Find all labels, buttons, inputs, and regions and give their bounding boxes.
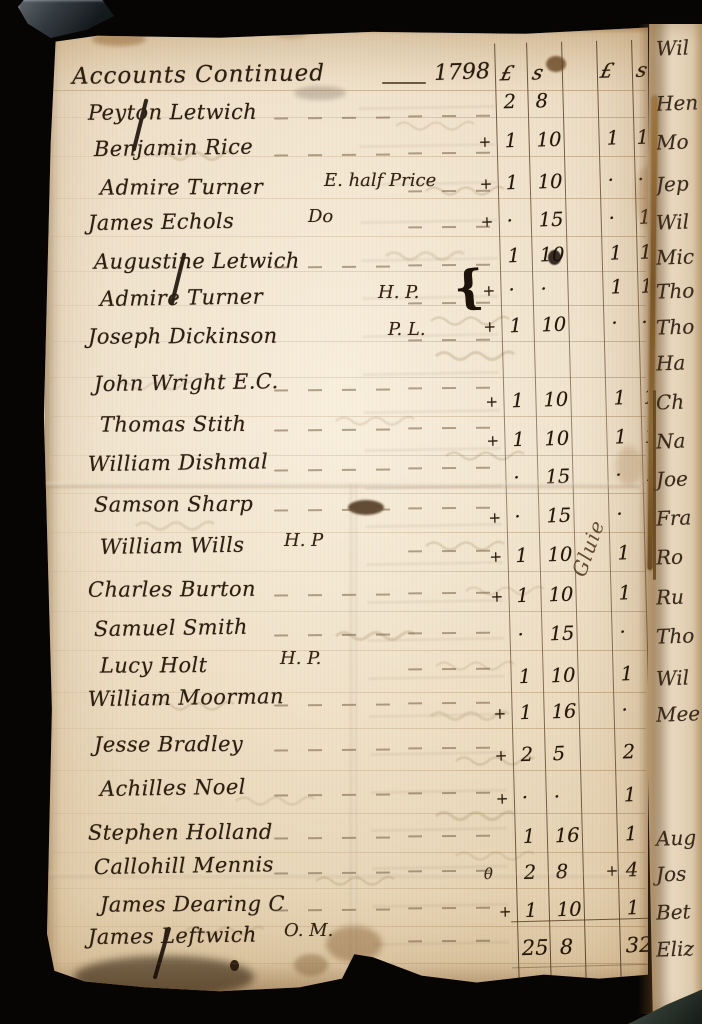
amount-pounds-1: ·: [513, 468, 520, 488]
amount-pounds-1: 1: [525, 901, 538, 921]
amount-shillings-1: 10: [543, 390, 568, 410]
dash-trail: [408, 702, 506, 705]
stain: [276, 28, 306, 38]
stain: [348, 500, 384, 515]
account-name: Thomas Stith: [100, 412, 246, 437]
account-name: Samson Sharp: [94, 492, 253, 517]
amount-pounds-1: 1: [512, 430, 525, 450]
amount-shillings-1: 10: [548, 585, 573, 605]
account-name: Callohill Mennis: [94, 852, 274, 879]
amount-shillings-1: 15: [546, 506, 571, 526]
amount-pounds-1: 1: [511, 391, 524, 411]
entry-mark: +: [606, 864, 619, 879]
account-name: James Echols: [88, 209, 235, 235]
next-page-name-fragment: Eliz: [656, 936, 695, 961]
dash-trail: [408, 747, 506, 750]
account-annotation: H. P.: [378, 282, 419, 303]
amount-shillings-1: 10: [539, 245, 564, 265]
amount-shillings-1: 16: [551, 702, 576, 722]
account-name: John Wright E.C.: [94, 369, 279, 396]
amount-shillings-1: ·: [554, 787, 561, 807]
next-page-name-fragment: Wil: [656, 665, 690, 690]
amount-pounds-2: ·: [607, 170, 614, 190]
dash-trail: [408, 940, 506, 943]
bleed-squiggle: [396, 122, 474, 130]
amount-shillings-1: 10: [550, 666, 575, 686]
dash-trail: [274, 265, 396, 268]
entry-mark: +: [488, 511, 501, 526]
amount-shillings-1: 10: [537, 172, 562, 192]
column-header: £: [498, 61, 516, 85]
amount-shillings-1: 5: [552, 744, 565, 764]
entry-mark: +: [478, 135, 491, 150]
amount-pounds-2: ·: [621, 700, 628, 720]
account-annotation: Do: [308, 206, 333, 227]
stain: [74, 956, 254, 998]
amount-pounds-2: 1: [617, 543, 630, 563]
next-page-name-fragment: Wil: [656, 35, 690, 60]
account-annotation: H. P.: [280, 648, 321, 669]
next-page-name-fragment: Ru: [656, 585, 685, 610]
amount-shillings-1: 10: [544, 429, 569, 449]
amount-pounds-1: 1: [515, 546, 528, 566]
bleed-squiggle: [136, 522, 214, 530]
next-page-name-fragment: Na: [656, 428, 686, 453]
dash-trail: [408, 835, 506, 838]
amount-shillings-1: 10: [536, 130, 561, 150]
stain: [230, 960, 239, 971]
amount-shillings-1: 15: [545, 467, 570, 487]
account-annotation: P. L.: [388, 319, 426, 340]
next-page-name-fragment: Mee: [656, 701, 701, 727]
dark-clip-object: [18, 0, 114, 38]
account-name: Peyton Letwich: [88, 100, 257, 125]
amount-pounds-1: 1: [509, 316, 522, 336]
amount-pounds-2: ·: [611, 313, 618, 333]
amount-pounds-2: 1: [620, 664, 633, 684]
dash-trail: [408, 668, 506, 671]
account-name: Lucy Holt: [100, 653, 208, 678]
dash-trail: [274, 508, 396, 511]
amount-pounds-1: ·: [506, 211, 513, 231]
amount-shillings-1: ·: [540, 279, 547, 299]
next-page-name-fragment: Ro: [656, 545, 684, 570]
account-annotation: O. M.: [284, 920, 333, 941]
amount-pounds-2: ·: [616, 504, 623, 524]
entry-mark: +: [483, 320, 496, 335]
amount-pounds-1: ·: [514, 507, 521, 527]
amount-pounds-2: ·: [619, 622, 626, 642]
dash-trail: [274, 836, 396, 839]
next-page-name-fragment: Tho: [656, 314, 695, 339]
vertical-crease: [350, 484, 357, 978]
amount-shillings-1: 8: [535, 91, 548, 111]
next-page-name-fragment: Jos: [656, 861, 687, 886]
amount-shillings-2: ·: [641, 313, 648, 333]
amount-pounds-2: 1: [614, 427, 627, 447]
bleed-squiggle: [316, 877, 394, 885]
bleed-squiggle: [236, 797, 314, 805]
page-title: Accounts Continued: [72, 60, 325, 90]
next-page-name-fragment: Mo: [656, 129, 689, 154]
stain: [92, 32, 146, 46]
account-annotation: H. P: [284, 530, 323, 551]
amount-shillings-1: 10: [541, 315, 566, 335]
amount-pounds-2: 1: [625, 824, 638, 844]
stain: [294, 954, 328, 976]
next-page-name-fragment: Bet: [656, 899, 691, 924]
entry-mark: +: [495, 748, 508, 763]
binding-thread: [653, 390, 656, 580]
amount-pounds-2: 2: [622, 742, 635, 762]
amount-pounds-2: 4: [626, 860, 639, 880]
stain: [326, 926, 382, 962]
amount-pounds-2: ·: [615, 465, 622, 485]
next-page-name-fragment: Fra: [656, 505, 692, 530]
entry-mark: +: [496, 791, 509, 806]
bleed-squiggle: [386, 252, 464, 260]
amount-pounds-1: 1: [518, 667, 531, 687]
column-header: s: [634, 57, 650, 81]
amount-pounds-1: 2: [520, 745, 533, 765]
next-page-name-fragment: Wil: [656, 209, 690, 234]
account-name: Jesse Bradley: [94, 732, 243, 757]
stain: [294, 86, 346, 100]
dash-trail: [408, 792, 506, 795]
dash-trail: [274, 908, 396, 911]
account-name: Stephen Holland: [88, 820, 273, 845]
next-page-name-fragment: Hen: [656, 90, 699, 115]
dash-trail: [274, 116, 396, 119]
next-page-name-fragment: Ha: [656, 350, 686, 375]
amount-pounds-2: ·: [608, 208, 615, 228]
account-name: Benjamin Rice: [94, 135, 254, 161]
ledger-page: Accounts Continued 1798 Gluie £s£s28+110…: [36, 26, 648, 1002]
account-name: William Moorman: [88, 684, 284, 711]
dash-trail: [274, 388, 396, 391]
amount-pounds-2: 1: [624, 785, 637, 805]
account-name: Augustine Letwich: [94, 249, 300, 274]
amount-pounds-1: 2: [524, 863, 537, 883]
dash-trail: [408, 907, 506, 910]
amount-pounds-1: 1: [523, 827, 536, 847]
dash-trail: [274, 703, 396, 706]
amount-shillings-1: 16: [555, 826, 580, 846]
amount-shillings-2: ·: [637, 170, 644, 190]
account-name: Charles Burton: [88, 577, 256, 602]
next-page-name-fragment: Tho: [656, 278, 695, 303]
total-pounds-1: 25: [522, 937, 549, 959]
dash-trail: [274, 428, 396, 431]
amount-shillings-1: 10: [557, 900, 582, 920]
dash-trail: [274, 871, 396, 874]
amount-shillings-1: 10: [547, 545, 572, 565]
amount-pounds-2: 1: [613, 388, 626, 408]
column-header: s: [530, 60, 546, 84]
amount-pounds-1: ·: [517, 625, 524, 645]
dash-trail: [274, 593, 396, 596]
amount-pounds-1: 2: [503, 92, 516, 112]
amount-pounds-1: 1: [505, 173, 518, 193]
amount-pounds-2: 1: [618, 583, 631, 603]
next-page-name-fragment: Mic: [656, 244, 695, 269]
dash-trail: [274, 633, 396, 636]
next-page-name-fragment: Aug: [656, 825, 697, 850]
amount-pounds-1: 1: [504, 131, 517, 151]
account-name: William Wills: [100, 533, 245, 559]
account-name: James Dearing C: [100, 892, 285, 917]
account-name: William Dishmal: [88, 449, 269, 476]
entry-mark: +: [485, 395, 498, 410]
amount-pounds-2: 1: [606, 128, 619, 148]
amount-pounds-1: 1: [516, 586, 529, 606]
account-name: James Leftwich: [88, 923, 257, 950]
total-pounds-2: 32: [625, 935, 652, 957]
amount-pounds-2: 1: [609, 243, 622, 263]
account-name: Admire Turner: [100, 284, 264, 311]
column-header: £: [598, 58, 616, 82]
amount-shillings-1: 8: [556, 862, 569, 882]
dash-trail: [274, 793, 396, 796]
dash-trail: [274, 153, 396, 156]
amount-pounds-2: 1: [610, 277, 623, 297]
entry-mark: +: [486, 434, 499, 449]
amount-pounds-2: 1: [627, 898, 640, 918]
amount-pounds-1: 1: [519, 703, 532, 723]
scanned-ledger-photo: { "page": { "title": "Accounts Continued…: [0, 0, 702, 1024]
account-name: Achilles Noel: [100, 775, 246, 801]
title-dash: [382, 82, 426, 84]
entry-mark: +: [493, 706, 506, 721]
amount-pounds-1: 1: [507, 246, 520, 266]
amount-shillings-1: 15: [549, 624, 574, 644]
brace-mark: {: [452, 259, 485, 315]
next-page-name-fragment: Jep: [656, 171, 689, 196]
total-shillings-1: 8: [560, 937, 574, 958]
amount-pounds-1: ·: [508, 280, 515, 300]
amount-shillings-1: 15: [538, 210, 563, 230]
next-page-name-fragment: Ch: [656, 390, 685, 415]
account-name: Joseph Dickinson: [88, 324, 278, 349]
dash-trail: [274, 748, 396, 751]
dash-trail: [274, 468, 396, 471]
next-page-name-fragment: Joe: [656, 466, 689, 491]
bleed-squiggle: [336, 417, 414, 425]
account-name: Admire Turner: [100, 175, 263, 200]
account-name: Samuel Smith: [94, 615, 248, 641]
account-annotation: E. half Price: [324, 170, 436, 191]
entry-mark: +: [489, 549, 502, 564]
next-page-name-fragment: Tho: [656, 623, 695, 648]
amount-pounds-1: ·: [522, 788, 529, 808]
